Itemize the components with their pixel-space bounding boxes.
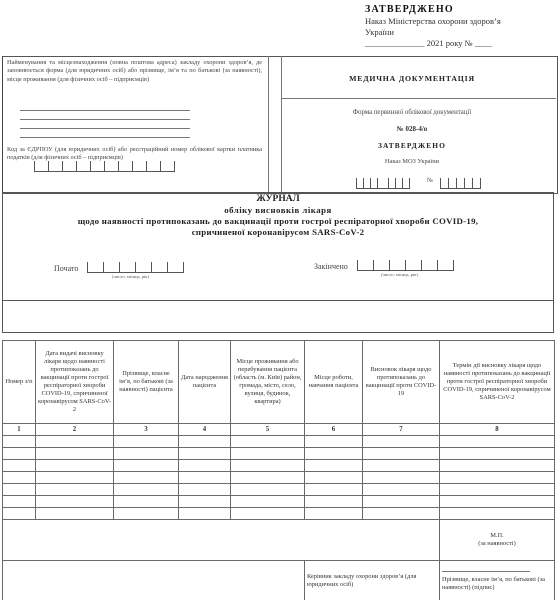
stamp-spacer <box>3 520 440 561</box>
table-cell[interactable] <box>3 472 36 484</box>
table-cell[interactable] <box>440 460 555 472</box>
table-row <box>3 436 555 448</box>
institution-line[interactable] <box>20 119 190 120</box>
table-cell[interactable] <box>231 472 305 484</box>
signature-line[interactable] <box>442 571 530 572</box>
table-cell[interactable] <box>179 496 231 508</box>
table-cell[interactable] <box>305 496 363 508</box>
column-header: Номер з/п <box>3 341 36 424</box>
table-cell[interactable] <box>36 436 114 448</box>
institution-label: Найменування та місцезнаходження (повна … <box>7 59 262 84</box>
table-cell[interactable] <box>3 448 36 460</box>
form-label: Форма первинної облікової документації <box>299 109 525 116</box>
edrpou-boxes[interactable] <box>34 161 175 172</box>
column-number: 8 <box>440 424 555 436</box>
table-cell[interactable] <box>363 460 440 472</box>
table-row <box>3 496 555 508</box>
table-cell[interactable] <box>440 484 555 496</box>
table-cell[interactable] <box>36 472 114 484</box>
order-number-sign: № <box>427 177 433 184</box>
journal-table: Номер з/п Дата видачі висновку лікаря що… <box>2 340 555 600</box>
column-header: Висновок лікаря щодо протипоказань до ва… <box>363 341 440 424</box>
order-date-boxes[interactable] <box>356 178 410 189</box>
column-number: 3 <box>114 424 179 436</box>
signature-spacer <box>3 561 305 600</box>
medical-documentation-heading: МЕДИЧНА ДОКУМЕНТАЦІЯ <box>299 74 525 83</box>
table-cell[interactable] <box>3 436 36 448</box>
table-cell[interactable] <box>440 436 555 448</box>
column-number: 7 <box>363 424 440 436</box>
table-cell[interactable] <box>305 508 363 520</box>
order-number-boxes[interactable] <box>440 178 481 189</box>
signature-row: Керівник закладу охорони здоров’я (для ю… <box>3 561 555 600</box>
form-heading-divider <box>281 98 556 99</box>
table-cell[interactable] <box>363 448 440 460</box>
table-row <box>3 448 555 460</box>
stamp-row: М.П. (за наявності) <box>3 520 555 561</box>
finished-date-boxes[interactable] <box>357 260 454 271</box>
table-cell[interactable] <box>440 448 555 460</box>
started-date-hint: (число, місяць, рік) <box>112 274 149 279</box>
table-cell[interactable] <box>114 460 179 472</box>
table-cell[interactable] <box>114 496 179 508</box>
table-header-row: Номер з/п Дата видачі висновку лікаря що… <box>3 341 555 424</box>
approval-order-line: Наказ Міністерства охорони здоров’я <box>365 16 555 27</box>
column-header: Місце роботи, навчання пацієнта <box>305 341 363 424</box>
table-cell[interactable] <box>114 448 179 460</box>
table-cell[interactable] <box>114 508 179 520</box>
table-cell[interactable] <box>3 496 36 508</box>
started-date-boxes[interactable] <box>87 262 184 273</box>
institution-line[interactable] <box>20 128 190 129</box>
table-cell[interactable] <box>231 448 305 460</box>
table-cell[interactable] <box>179 472 231 484</box>
table-row <box>3 484 555 496</box>
institution-line[interactable] <box>20 137 190 138</box>
order-label: Наказ МОЗ України <box>299 158 525 165</box>
started-label: Почато <box>54 264 78 273</box>
table-cell[interactable] <box>179 508 231 520</box>
table-cell[interactable] <box>36 484 114 496</box>
table-row <box>3 472 555 484</box>
journal-title: ЖУРНАЛ <box>2 194 554 205</box>
journal-subtitle: обліку висновків лікаря <box>2 205 554 216</box>
form-number: № 028-4/о <box>299 125 525 133</box>
column-header: Термін дії висновку лікаря щодо наявност… <box>440 341 555 424</box>
journal-divider <box>2 300 554 301</box>
approved-label: ЗАТВЕРДЖЕНО <box>299 141 525 150</box>
table-cell[interactable] <box>305 484 363 496</box>
table-cell[interactable] <box>179 484 231 496</box>
table-cell[interactable] <box>3 484 36 496</box>
table-cell[interactable] <box>440 472 555 484</box>
column-header: Місце проживання або перебування пацієнт… <box>231 341 305 424</box>
table-row <box>3 460 555 472</box>
institution-block: Найменування та місцезнаходження (повна … <box>2 56 262 193</box>
column-number: 2 <box>36 424 114 436</box>
stamp-cell: М.П. (за наявності) <box>440 520 555 561</box>
table-cell[interactable] <box>305 472 363 484</box>
table-cell[interactable] <box>36 460 114 472</box>
table-cell[interactable] <box>179 448 231 460</box>
table-cell[interactable] <box>440 496 555 508</box>
table-cell[interactable] <box>440 508 555 520</box>
header-divider <box>268 56 269 193</box>
column-number: 6 <box>305 424 363 436</box>
table-row <box>3 508 555 520</box>
table-cell[interactable] <box>363 436 440 448</box>
journal-subtitle: спричиненої коронавірусом SARS-CoV-2 <box>2 227 554 238</box>
institution-line[interactable] <box>20 110 190 111</box>
column-number-row: 1 2 3 4 5 6 7 8 <box>3 424 555 436</box>
table-cell[interactable] <box>114 472 179 484</box>
column-number: 1 <box>3 424 36 436</box>
table-body <box>3 436 555 520</box>
table-cell[interactable] <box>305 460 363 472</box>
table-cell[interactable] <box>231 436 305 448</box>
table-cell[interactable] <box>3 460 36 472</box>
approval-date-line: ______________ 2021 року № ____ <box>365 38 555 49</box>
table-cell[interactable] <box>305 448 363 460</box>
approval-title: ЗАТВЕРДЖЕНО <box>365 4 555 15</box>
table-cell[interactable] <box>305 436 363 448</box>
table-cell[interactable] <box>179 436 231 448</box>
stamp-label: М.П. <box>442 532 552 540</box>
stamp-note: (за наявності) <box>442 540 552 548</box>
column-header: Дата видачі висновку лікаря щодо наявнос… <box>36 341 114 424</box>
column-header: Дата народження пацієнта <box>179 341 231 424</box>
signature-cell[interactable]: Прізвище, власне ім’я, по батькові (за н… <box>440 561 555 600</box>
table-cell[interactable] <box>363 508 440 520</box>
column-header: Прізвище, власне ім’я, по батькові (за н… <box>114 341 179 424</box>
table-cell[interactable] <box>114 484 179 496</box>
table-cell[interactable] <box>363 496 440 508</box>
table-cell[interactable] <box>363 484 440 496</box>
column-number: 5 <box>231 424 305 436</box>
approval-block: ЗАТВЕРДЖЕНО Наказ Міністерства охорони з… <box>365 4 555 49</box>
table-cell[interactable] <box>36 448 114 460</box>
table-cell[interactable] <box>231 508 305 520</box>
table-cell[interactable] <box>231 496 305 508</box>
approval-country-line: України <box>365 27 555 38</box>
table-cell[interactable] <box>179 460 231 472</box>
table-cell[interactable] <box>231 460 305 472</box>
table-cell[interactable] <box>231 484 305 496</box>
table-cell[interactable] <box>363 472 440 484</box>
table-cell[interactable] <box>114 436 179 448</box>
head-label: Керівник закладу охорони здоров’я (для ю… <box>305 561 440 600</box>
table-cell[interactable] <box>36 496 114 508</box>
header-divider <box>281 56 282 193</box>
journal-title-block: ЖУРНАЛ обліку висновків лікаря щодо наяв… <box>2 194 554 238</box>
finished-date-hint: (число, місяць, рік) <box>381 272 418 277</box>
signature-label: Прізвище, власне ім’я, по батькові (за н… <box>442 576 552 592</box>
table-cell[interactable] <box>3 508 36 520</box>
column-number: 4 <box>179 424 231 436</box>
journal-subtitle: щодо наявності протипоказань до вакцинац… <box>2 216 554 227</box>
table-cell[interactable] <box>36 508 114 520</box>
finished-label: Закінчено <box>314 262 348 271</box>
